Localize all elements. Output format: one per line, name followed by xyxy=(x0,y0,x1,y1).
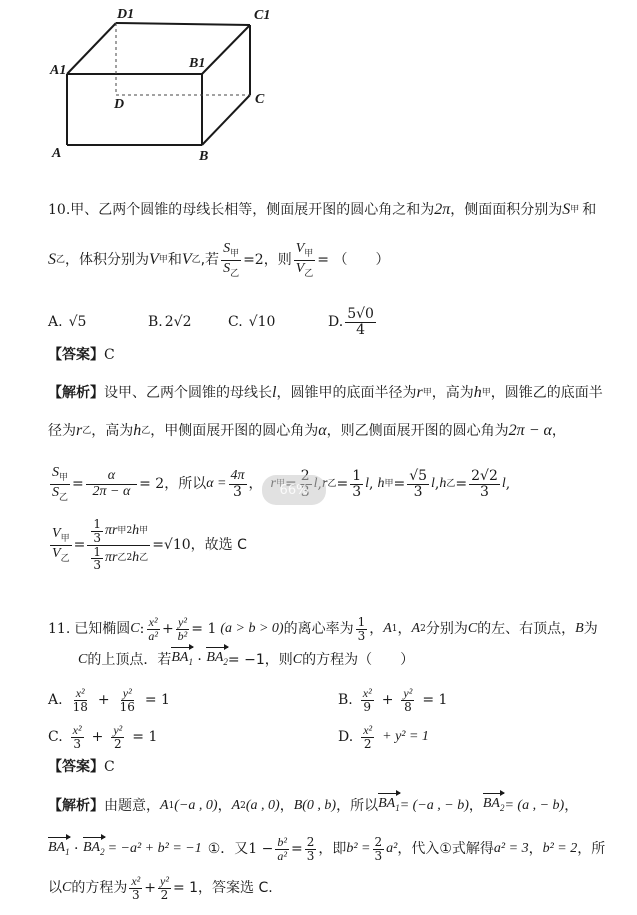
q11-stem-line2: C 的上顶点．若 BA1 · BA2 = −1，则 C 的方程为（ ） xyxy=(78,647,414,672)
q11-option-a[interactable]: A. x²18+ y²16= 1 xyxy=(48,687,338,713)
q10-option-d[interactable]: D. 5√0 4 xyxy=(328,307,378,337)
q11-option-c[interactable]: C. x²3+ y²2= 1 xyxy=(48,724,338,750)
vertex-label-d: D xyxy=(114,97,124,113)
vertex-label-b1: B1 xyxy=(189,56,205,72)
vertex-label-d1: D1 xyxy=(117,7,134,23)
q10-option-c[interactable]: C. √10 xyxy=(228,312,328,332)
vertex-label-c: C xyxy=(255,92,264,108)
vertex-label-c1: C1 xyxy=(254,8,270,24)
q10-analysis-line1: 【解析】 设甲、乙两个圆锥的母线长 l ，圆锥甲的底面半径为 r甲 ，高为 h甲… xyxy=(48,383,603,403)
cuboid-figure: D1 C1 A1 B1 D C A B xyxy=(0,0,320,180)
ratio-s: S甲 S乙 xyxy=(221,241,241,279)
q11-options-row1: A. x²18+ y²16= 1 B. x²9+ y²8= 1 xyxy=(48,680,608,720)
q11-option-d[interactable]: D. x²2 + y² = 1 xyxy=(338,724,429,750)
q10-stem-line2: S乙 ，体积分别为 V甲 和 V乙 ,若 S甲 S乙 =2 ，则 V甲 V乙 =… xyxy=(48,237,389,283)
q11-stem-line1: 11. 已知椭圆 C: x²a²+ y²b²= 1 (a > b > 0) 的离… xyxy=(48,607,598,651)
q10-analysis-line4: V甲 V乙 = 13 πr甲2h甲 13 πr乙2h乙 =√10 ，故选 C xyxy=(48,510,247,580)
q10-number: 10. xyxy=(48,200,70,220)
q11-analysis-line2: BA1 · BA2 = −a² + b² = −1 ① ．又 1 − b²a²=… xyxy=(48,827,605,871)
vertex-label-a: A xyxy=(52,146,61,162)
zoom-level-badge: 66% xyxy=(262,475,326,505)
q10-stem-line1: 10. 甲、乙两个圆锥的母线长相等，侧面展开图的圆心角之和为 2π ，侧面面积分… xyxy=(48,200,596,220)
q11-options-row2: C. x²3+ y²2= 1 D. x²2 + y² = 1 xyxy=(48,717,608,757)
q11-analysis-line1: 【解析】 由题意， A1(−a , 0)， A2(a , 0)， B(0 , b… xyxy=(48,793,578,818)
q11-option-b[interactable]: B. x²9+ y²8= 1 xyxy=(338,687,447,713)
q10-answer: 【答案】 C xyxy=(48,345,115,365)
q10-option-b[interactable]: B. 2√2 xyxy=(148,312,228,332)
q10-option-a[interactable]: A. √5 xyxy=(48,312,148,332)
cuboid-diagram xyxy=(0,0,320,180)
ratio-v: V甲 V乙 xyxy=(294,241,316,279)
q10-options: A. √5 B. 2√2 C. √10 D. 5√0 4 xyxy=(48,302,378,342)
q11-analysis-line3: 以 C 的方程为 x²3+ y²2 = 1，答案选 C. xyxy=(48,868,273,908)
q11-answer: 【答案】 C xyxy=(48,757,115,777)
vertex-label-b: B xyxy=(199,149,208,165)
q10-analysis-line2: 径为 r乙 ，高为 h乙 ，甲侧面展开图的圆心角为 α ，则乙侧面展开图的圆心角… xyxy=(48,421,566,441)
vertex-label-a1: A1 xyxy=(50,63,66,79)
